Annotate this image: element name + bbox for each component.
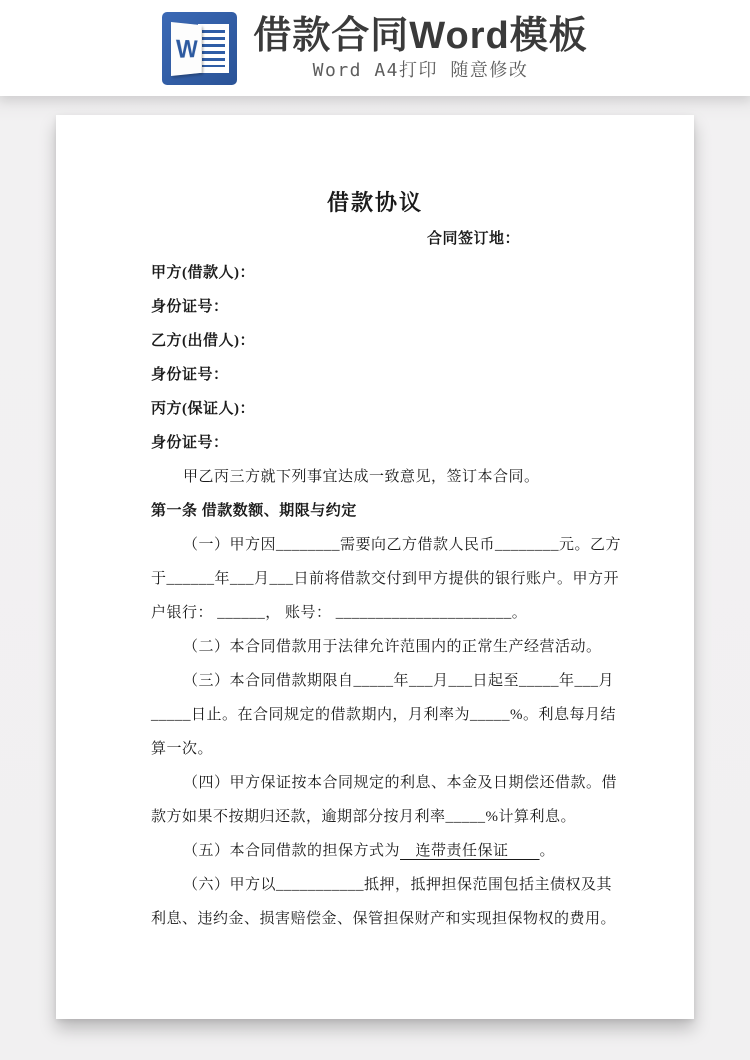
clause-6-line-2: 利息、违约金、损害赔偿金、保管担保财产和实现担保物权的费用。	[151, 902, 599, 936]
text-segment: （四）甲方保证按本合同规定的利息、本金及日期偿还借款。借	[183, 775, 617, 791]
text-segment: 合同签订地：	[427, 231, 520, 247]
clause-1-line-1: （一）甲方因________需要向乙方借款人民币________元。乙方	[151, 528, 599, 562]
text-segment: 乙方(出借人)：	[151, 333, 255, 349]
clause-1-line-2: 于______年___月___日前将借款交付到甲方提供的银行账户。甲方开	[151, 562, 599, 596]
text-segment: 于______年___月___日前将借款交付到甲方提供的银行账户。甲方开	[151, 571, 619, 587]
text-segment: 身份证号：	[151, 299, 229, 315]
text-segment: （一）甲方因________需要向乙方借款人民币________元。乙方	[183, 537, 621, 553]
text-segment: （三）本合同借款期限自_____年___月___日起至_____年___月	[183, 673, 614, 689]
text-segment: （二）本合同借款用于法律允许范围内的正常生产经营活动。	[183, 639, 602, 655]
text-segment: 甲方(借款人)：	[151, 265, 255, 281]
header-text-block: 借款合同Word模板 Word A4打印 随意修改	[253, 13, 587, 83]
filled-blank-underlined: 连带责任保证	[400, 843, 540, 859]
clause-4-line-2: 款方如果不按期归还款，逾期部分按月利率_____%计算利息。	[151, 800, 599, 834]
party-a-id-label: 身份证号：	[151, 290, 599, 324]
party-c-label: 丙方(保证人)：	[151, 392, 599, 426]
clause-3-line-2: _____日止。在合同规定的借款期内，月利率为_____%。利息每月结	[151, 698, 599, 732]
clause-5: （五）本合同借款的担保方式为 连带责任保证 。	[151, 834, 599, 868]
party-a-label: 甲方(借款人)：	[151, 256, 599, 290]
clause-3-line-1: （三）本合同借款期限自_____年___月___日起至_____年___月	[151, 664, 599, 698]
sign-place-label: 合同签订地：	[151, 222, 599, 256]
text-segment: 户银行： ______， 账号： ______________________。	[151, 605, 527, 621]
clause-4-line-1: （四）甲方保证按本合同规定的利息、本金及日期偿还借款。借	[151, 766, 599, 800]
clause-6-line-1: （六）甲方以___________抵押，抵押担保范围包括主债权及其	[151, 868, 599, 902]
text-segment: 借款协议	[327, 190, 423, 215]
text-segment: 甲乙丙三方就下列事宜达成一致意见，签订本合同。	[183, 469, 540, 485]
preview-area: 借款协议合同签订地：甲方(借款人)：身份证号：乙方(出借人)：身份证号：丙方(保…	[0, 96, 750, 1060]
party-b-label: 乙方(出借人)：	[151, 324, 599, 358]
party-c-id-label: 身份证号：	[151, 426, 599, 460]
text-segment: 丙方(保证人)：	[151, 401, 255, 417]
text-segment: 利息、违约金、损害赔偿金、保管担保财产和实现担保物权的费用。	[151, 911, 616, 927]
text-segment: _____日止。在合同规定的借款期内，月利率为_____%。利息每月结	[151, 707, 616, 723]
text-segment: （五）本合同借款的担保方式为	[183, 843, 400, 859]
clause-3-line-3: 算一次。	[151, 732, 599, 766]
text-segment: 身份证号：	[151, 367, 229, 383]
text-segment: 第一条 借款数额、期限与约定	[151, 503, 357, 519]
template-subtitle: Word A4打印 随意修改	[313, 59, 529, 83]
word-icon: W	[162, 12, 237, 85]
word-letter-icon: W	[171, 22, 202, 76]
text-segment: （六）甲方以___________抵押，抵押担保范围包括主债权及其	[183, 877, 612, 893]
clause-2: （二）本合同借款用于法律允许范围内的正常生产经营活动。	[151, 630, 599, 664]
doc-title: 借款协议	[151, 184, 599, 222]
template-header: W 借款合同Word模板 Word A4打印 随意修改	[0, 0, 750, 96]
screenshot-root: { "header": { "icon_letter": "W", "title…	[0, 0, 750, 1060]
word-document-lines-icon	[198, 24, 229, 73]
party-b-id-label: 身份证号：	[151, 358, 599, 392]
text-segment: 。	[540, 843, 556, 859]
text-segment: 算一次。	[151, 741, 213, 757]
article-1-heading: 第一条 借款数额、期限与约定	[151, 494, 599, 528]
preamble: 甲乙丙三方就下列事宜达成一致意见，签订本合同。	[151, 460, 599, 494]
clause-1-line-3: 户银行： ______， 账号： ______________________。	[151, 596, 599, 630]
text-segment: 身份证号：	[151, 435, 229, 451]
template-title: 借款合同Word模板	[253, 13, 587, 59]
document-page: 借款协议合同签订地：甲方(借款人)：身份证号：乙方(出借人)：身份证号：丙方(保…	[56, 115, 694, 1019]
text-segment: 款方如果不按期归还款，逾期部分按月利率_____%计算利息。	[151, 809, 576, 825]
